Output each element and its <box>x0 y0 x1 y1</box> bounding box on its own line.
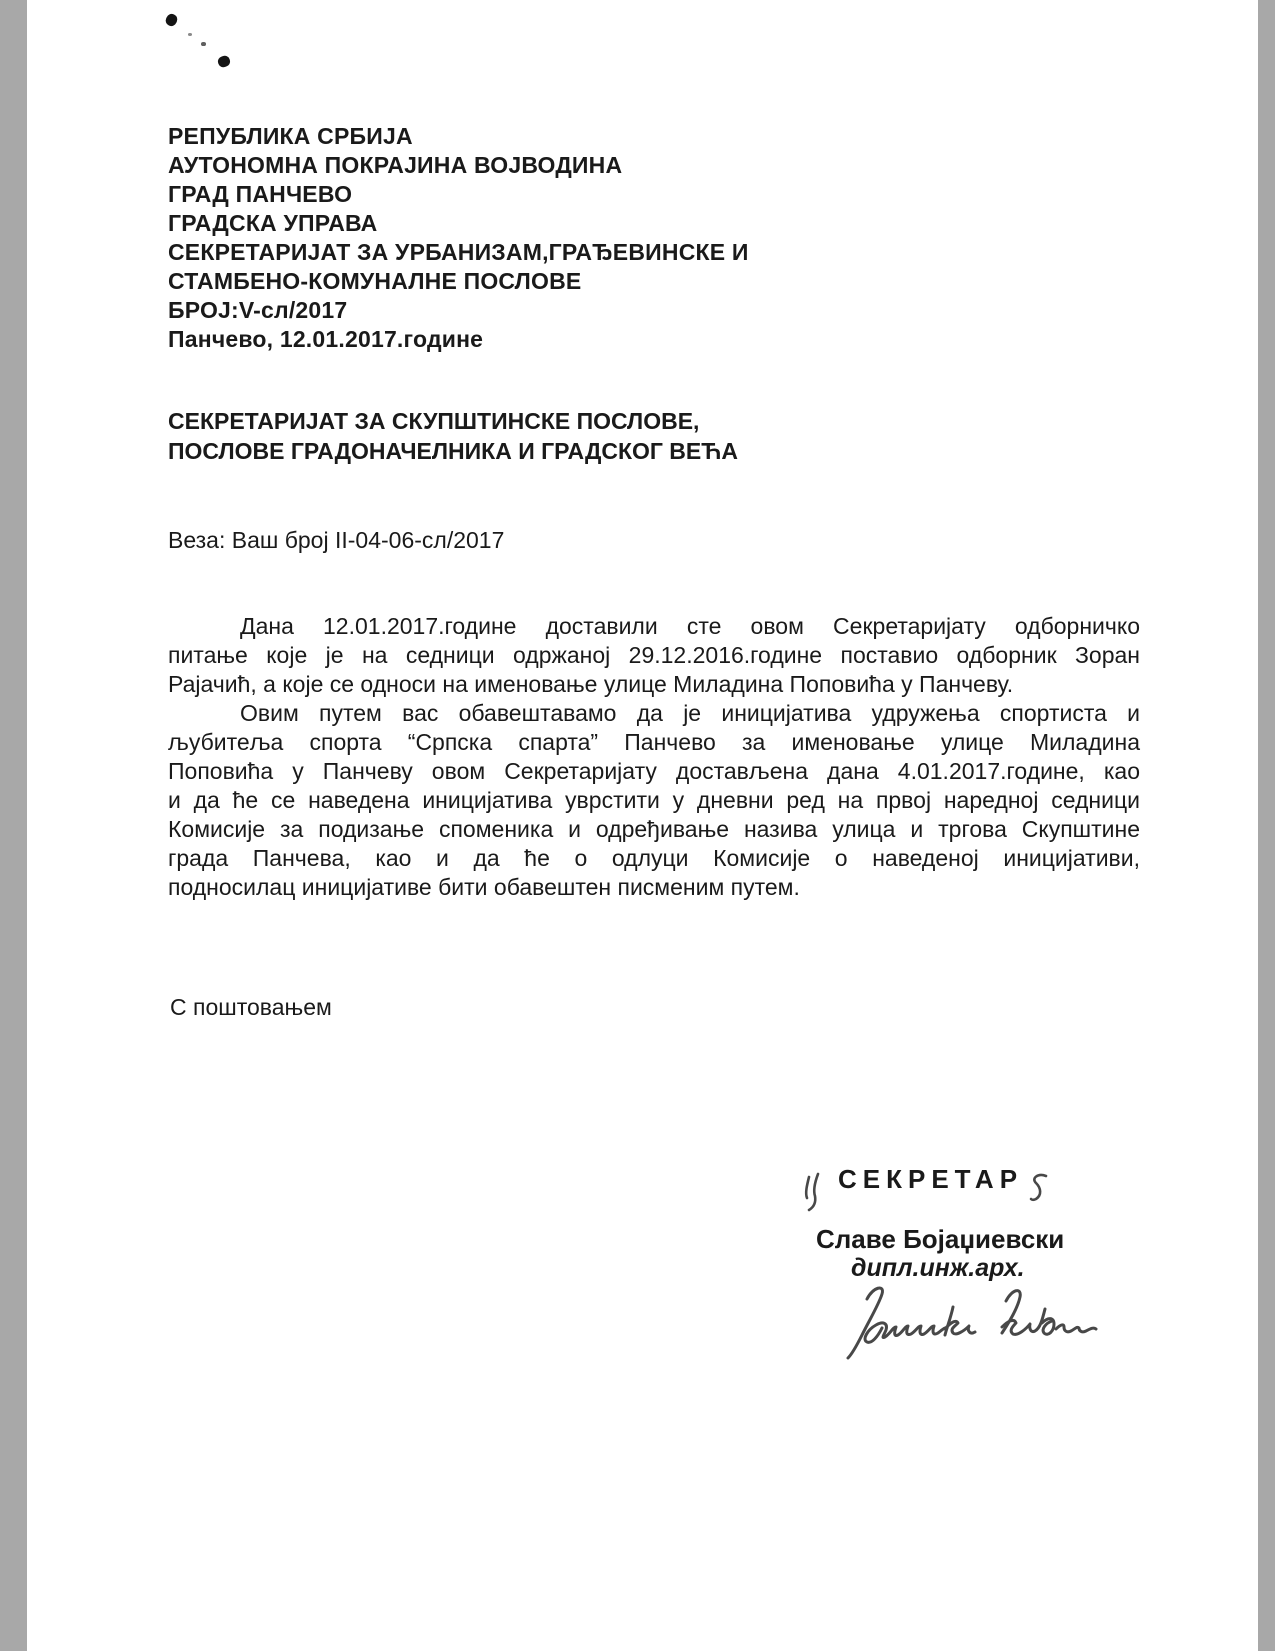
signatory-credentials: дипл.инж.арх. <box>851 1254 1025 1283</box>
body-text-line: Дана 12.01.2017.године доставили сте ово… <box>168 612 1140 641</box>
handwritten-mark-right-icon <box>1026 1172 1052 1206</box>
letterhead-line: СТАМБЕНО-КОМУНАЛНЕ ПОСЛОВЕ <box>168 267 749 296</box>
body-text-line: Комисије за подизање споменика и одређив… <box>168 815 1140 844</box>
reference-line: Веза: Ваш број II-04-06-сл/2017 <box>168 527 504 554</box>
letterhead-line: АУТОНОМНА ПОКРАЈИНА ВОЈВОДИНА <box>168 151 749 180</box>
ink-speck <box>188 33 192 36</box>
body-text-line: Овим путем вас обавештавамо да је инициј… <box>168 699 1140 728</box>
letterhead-line: Панчево, 12.01.2017.године <box>168 325 749 354</box>
letterhead-line: СЕКРЕТАРИЈАТ ЗА УРБАНИЗАМ,ГРАЂЕВИНСКЕ И <box>168 238 749 267</box>
body-text-line: града Панчева, као и да ће о одлуци Коми… <box>168 844 1140 873</box>
body-text-line: и да ће се наведена иницијатива уврстити… <box>168 786 1140 815</box>
letterhead-line: ГРАД ПАНЧЕВО <box>168 180 749 209</box>
letterhead-block: РЕПУБЛИКА СРБИЈААУТОНОМНА ПОКРАЈИНА ВОЈВ… <box>168 122 749 354</box>
scanned-letter-page: РЕПУБЛИКА СРБИЈААУТОНОМНА ПОКРАЈИНА ВОЈВ… <box>0 0 1275 1651</box>
ink-speck <box>164 12 179 27</box>
body-text-line: питање које је на седници одржаној 29.12… <box>168 641 1140 670</box>
ink-speck <box>201 42 206 46</box>
letterhead-line: РЕПУБЛИКА СРБИЈА <box>168 122 749 151</box>
letterhead-line: ГРАДСКА УПРАВА <box>168 209 749 238</box>
handwritten-mark-left-icon <box>803 1167 825 1213</box>
recipient-line: СЕКРЕТАРИЈАТ ЗА СКУПШТИНСКЕ ПОСЛОВЕ, <box>168 407 738 437</box>
handwritten-signature <box>843 1283 1113 1363</box>
signature-title: СЕКРЕТАР <box>838 1164 1023 1195</box>
closing-salutation: С поштовањем <box>170 994 332 1021</box>
recipient-line: ПОСЛОВЕ ГРАДОНАЧЕЛНИКА И ГРАДСКОГ ВЕЋА <box>168 437 738 467</box>
letterhead-line: БРОЈ:V-сл/2017 <box>168 296 749 325</box>
body-text-line: љубитеља спорта “Српска спарта” Панчево … <box>168 728 1140 757</box>
body-text-line: Рајачић, а које се односи на именовање у… <box>168 670 1140 699</box>
body-text-line: Поповића у Панчеву овом Секретаријату до… <box>168 757 1140 786</box>
recipient-block: СЕКРЕТАРИЈАТ ЗА СКУПШТИНСКЕ ПОСЛОВЕ,ПОСЛ… <box>168 407 738 466</box>
body-text-line: подносилац иницијативе бити обавештен пи… <box>168 873 1140 902</box>
ink-speck <box>217 54 232 68</box>
body-paragraphs: Дана 12.01.2017.године доставили сте ово… <box>168 612 1140 902</box>
scan-edge-left <box>0 0 27 1651</box>
signatory-name: Славе Бојаџиевски <box>816 1224 1064 1255</box>
scan-edge-right <box>1258 0 1275 1651</box>
